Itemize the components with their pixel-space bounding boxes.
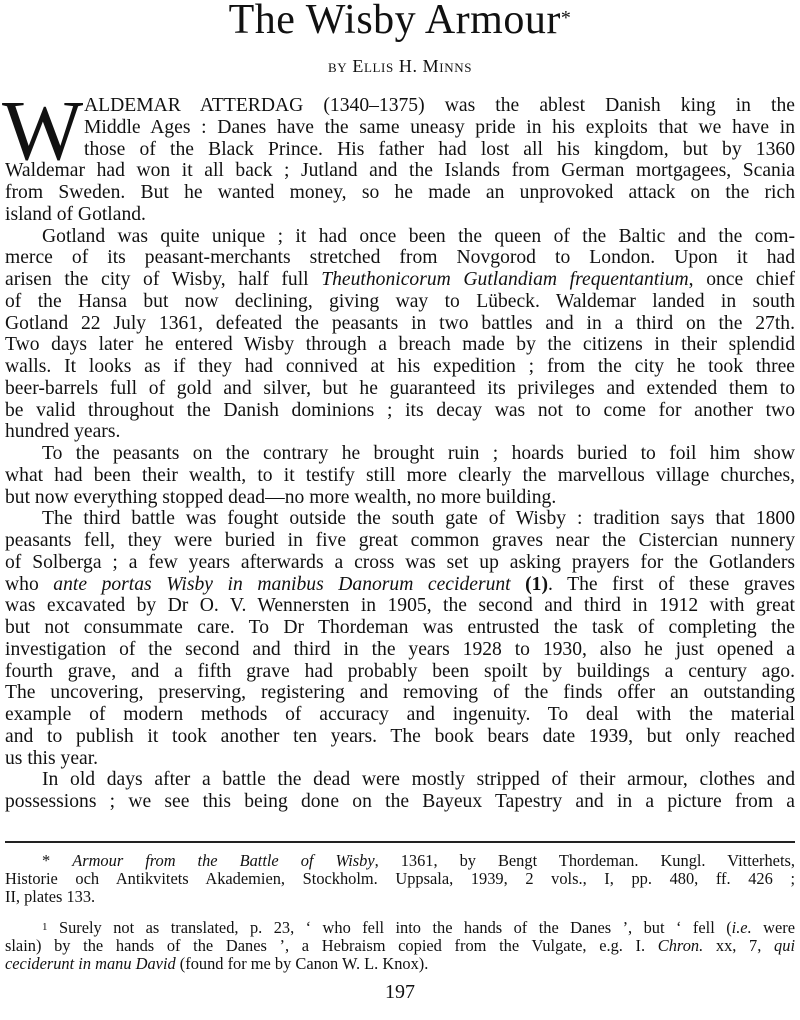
- latin-phrase: ceciderunt in manu David: [5, 954, 176, 973]
- body-line: hundred years.: [5, 421, 795, 443]
- body-line: island of Gotland.: [5, 204, 795, 226]
- body-line: The uncovering, preserving, registering …: [5, 682, 795, 704]
- body-line: but now everything stopped dead—no more …: [5, 487, 795, 509]
- body-line: ALDEMAR ATTERDAG (1340–1375) was the abl…: [5, 95, 795, 117]
- body-line: example of modern methods of accuracy an…: [5, 704, 795, 726]
- latin-phrase: Theuthonicorum Gutlandiam frequentantium: [321, 269, 688, 290]
- footnote-line: 1 Surely not as translated, p. 23, ‘ who…: [5, 919, 795, 937]
- article-title: The Wisby Armour*: [0, 0, 800, 44]
- body-line: who ante portas Wisby in manibus Danorum…: [5, 574, 795, 596]
- text-run: Surely not as translated, p. 23, ‘ who f…: [59, 918, 732, 937]
- body-line: from Sweden. But he wanted money, so he …: [5, 182, 795, 204]
- footnote-marker: 1: [42, 921, 48, 933]
- body-line: and to publish it took another ten years…: [5, 726, 795, 748]
- body-line: of Solberga ; a few years afterwards a c…: [5, 552, 795, 574]
- body-line: of the Hansa but now declining, giving w…: [5, 291, 795, 313]
- latin-abbrev: i.e.: [732, 918, 752, 937]
- text-run: were: [752, 918, 795, 937]
- body-line: beer-barrels full of gold and silver, bu…: [5, 378, 795, 400]
- body-line: The third battle was fought outside the …: [5, 508, 795, 530]
- body-line: arisen the city of Wisby, half full Theu…: [5, 269, 795, 291]
- text-run: . The first of these graves: [548, 574, 795, 595]
- title-footnote-marker: *: [561, 7, 572, 29]
- body-line: what had been their wealth, to it testif…: [5, 465, 795, 487]
- document-page: The Wisby Armour* by Ellis H. Minns W AL…: [0, 0, 800, 1020]
- latin-phrase: qui: [774, 936, 795, 955]
- footnote-line: II, plates 133.: [5, 888, 795, 906]
- footnote-line: * Armour from the Battle of Wisby, 1361,…: [5, 852, 795, 870]
- body-line: Gotland was quite unique ; it had once b…: [5, 226, 795, 248]
- body-line: be valid throughout the Danish dominions…: [5, 400, 795, 422]
- paragraph-1: ALDEMAR ATTERDAG (1340–1375) was the abl…: [5, 95, 795, 226]
- body-line: those of the Black Prince. His father ha…: [5, 139, 795, 161]
- article-body: W ALDEMAR ATTERDAG (1340–1375) was the a…: [5, 95, 795, 813]
- footnote-line: Historie och Antikvitets Akademien, Stoc…: [5, 870, 795, 888]
- text-run: who: [5, 574, 53, 595]
- text-run: [511, 574, 526, 595]
- book-title: Armour from the Battle of Wisby: [72, 851, 374, 870]
- body-line: Gotland 22 July 1361, defeated the peasa…: [5, 313, 795, 335]
- body-line: In old days after a battle the dead were…: [5, 769, 795, 791]
- body-line: us this year.: [5, 748, 795, 770]
- book-abbrev: Chron.: [658, 936, 703, 955]
- paragraph-5: In old days after a battle the dead were…: [5, 769, 795, 813]
- author-name: Ellis H. Minns: [352, 56, 472, 76]
- footnote-divider: [5, 841, 795, 843]
- body-line: Waldemar had won it all back ; Jutland a…: [5, 160, 795, 182]
- text-run: , once chief: [689, 269, 795, 290]
- body-line: To the peasants on the contrary he broug…: [5, 443, 795, 465]
- body-line: possessions ; we see this being done on …: [5, 791, 795, 813]
- paragraph-3: To the peasants on the contrary he broug…: [5, 443, 795, 508]
- footnote-reference-1[interactable]: (1): [525, 574, 548, 595]
- footnotes: * Armour from the Battle of Wisby, 1361,…: [5, 852, 795, 973]
- paragraph-4: The third battle was fought outside the …: [5, 508, 795, 769]
- footnote-line: ceciderunt in manu David (found for me b…: [5, 955, 795, 973]
- footnote-1: 1 Surely not as translated, p. 23, ‘ who…: [5, 919, 795, 974]
- byline-prefix: by: [328, 56, 347, 76]
- body-line: Middle Ages : Danes have the same uneasy…: [5, 117, 795, 139]
- text-run: xx, 7,: [703, 936, 774, 955]
- text-run: (found for me by Canon W. L. Knox).: [176, 954, 429, 973]
- body-line: walls. It looks as if they had connived …: [5, 356, 795, 378]
- drop-cap: W: [2, 87, 83, 173]
- body-line: fourth grave, and a fifth grave had prob…: [5, 661, 795, 683]
- body-line: Two days later he entered Wisby through …: [5, 334, 795, 356]
- page-number: 197: [0, 980, 800, 1004]
- text-run: , 1361, by Bengt Thordeman. Kungl. Vitte…: [375, 851, 795, 870]
- body-line: but not consummate care. To Dr Thordeman…: [5, 617, 795, 639]
- footnote-line: slain) by the hands of the Danes ’, a He…: [5, 937, 795, 955]
- latin-phrase: ante portas Wisby in manibus Danorum cec…: [53, 574, 510, 595]
- body-line: merce of its peasant-merchants stretched…: [5, 247, 795, 269]
- text-run: slain) by the hands of the Danes ’, a He…: [5, 936, 658, 955]
- footnote-marker: *: [42, 851, 50, 870]
- article-title-text: The Wisby Armour: [229, 0, 561, 43]
- body-line: investigation of the second and third in…: [5, 639, 795, 661]
- paragraph-2: Gotland was quite unique ; it had once b…: [5, 226, 795, 444]
- byline: by Ellis H. Minns: [0, 54, 800, 78]
- body-line: was excavated by Dr O. V. Wennersten in …: [5, 595, 795, 617]
- footnote-star: * Armour from the Battle of Wisby, 1361,…: [5, 852, 795, 907]
- body-line: peasants fell, they were buried in five …: [5, 530, 795, 552]
- text-run: arisen the city of Wisby, half full: [5, 269, 321, 290]
